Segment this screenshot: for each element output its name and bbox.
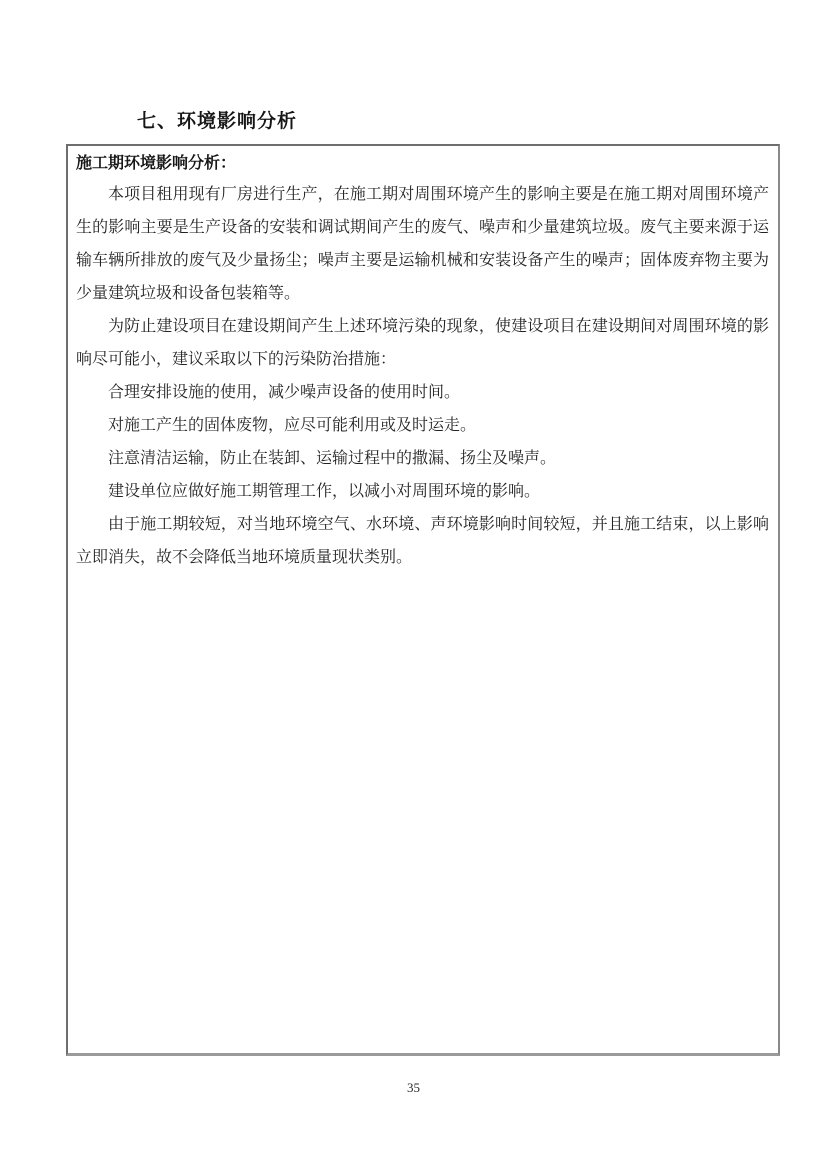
paragraph: 为防止建设项目在建设期间产生上述环境污染的现象，使建设项目在建设期间对周围环境的… xyxy=(76,310,769,376)
document-page: { "page": { "title": "七、环境影响分析", "page_n… xyxy=(0,0,827,1169)
analysis-table-cell: 施工期环境影响分析： 本项目租用现有厂房进行生产，在施工期对周围环境产生的影响主… xyxy=(66,144,780,1056)
box-heading: 施工期环境影响分析： xyxy=(76,149,769,178)
page-number: 35 xyxy=(0,1080,827,1096)
paragraph: 对施工产生的固体废物，应尽可能利用或及时运走。 xyxy=(76,409,769,442)
paragraph: 由于施工期较短，对当地环境空气、水环境、声环境影响时间较短，并且施工结束，以上影… xyxy=(76,508,769,574)
paragraph: 合理安排设施的使用，减少噪声设备的使用时间。 xyxy=(76,376,769,409)
paragraph: 注意清洁运输，防止在装卸、运输过程中的撒漏、扬尘及噪声。 xyxy=(76,442,769,475)
box-body: 本项目租用现有厂房进行生产，在施工期对周围环境产生的影响主要是在施工期对周围环境… xyxy=(76,178,769,574)
section-title: 七、环境影响分析 xyxy=(137,106,297,133)
paragraph: 建设单位应做好施工期管理工作，以减小对周围环境的影响。 xyxy=(76,475,769,508)
paragraph: 本项目租用现有厂房进行生产，在施工期对周围环境产生的影响主要是在施工期对周围环境… xyxy=(76,178,769,310)
